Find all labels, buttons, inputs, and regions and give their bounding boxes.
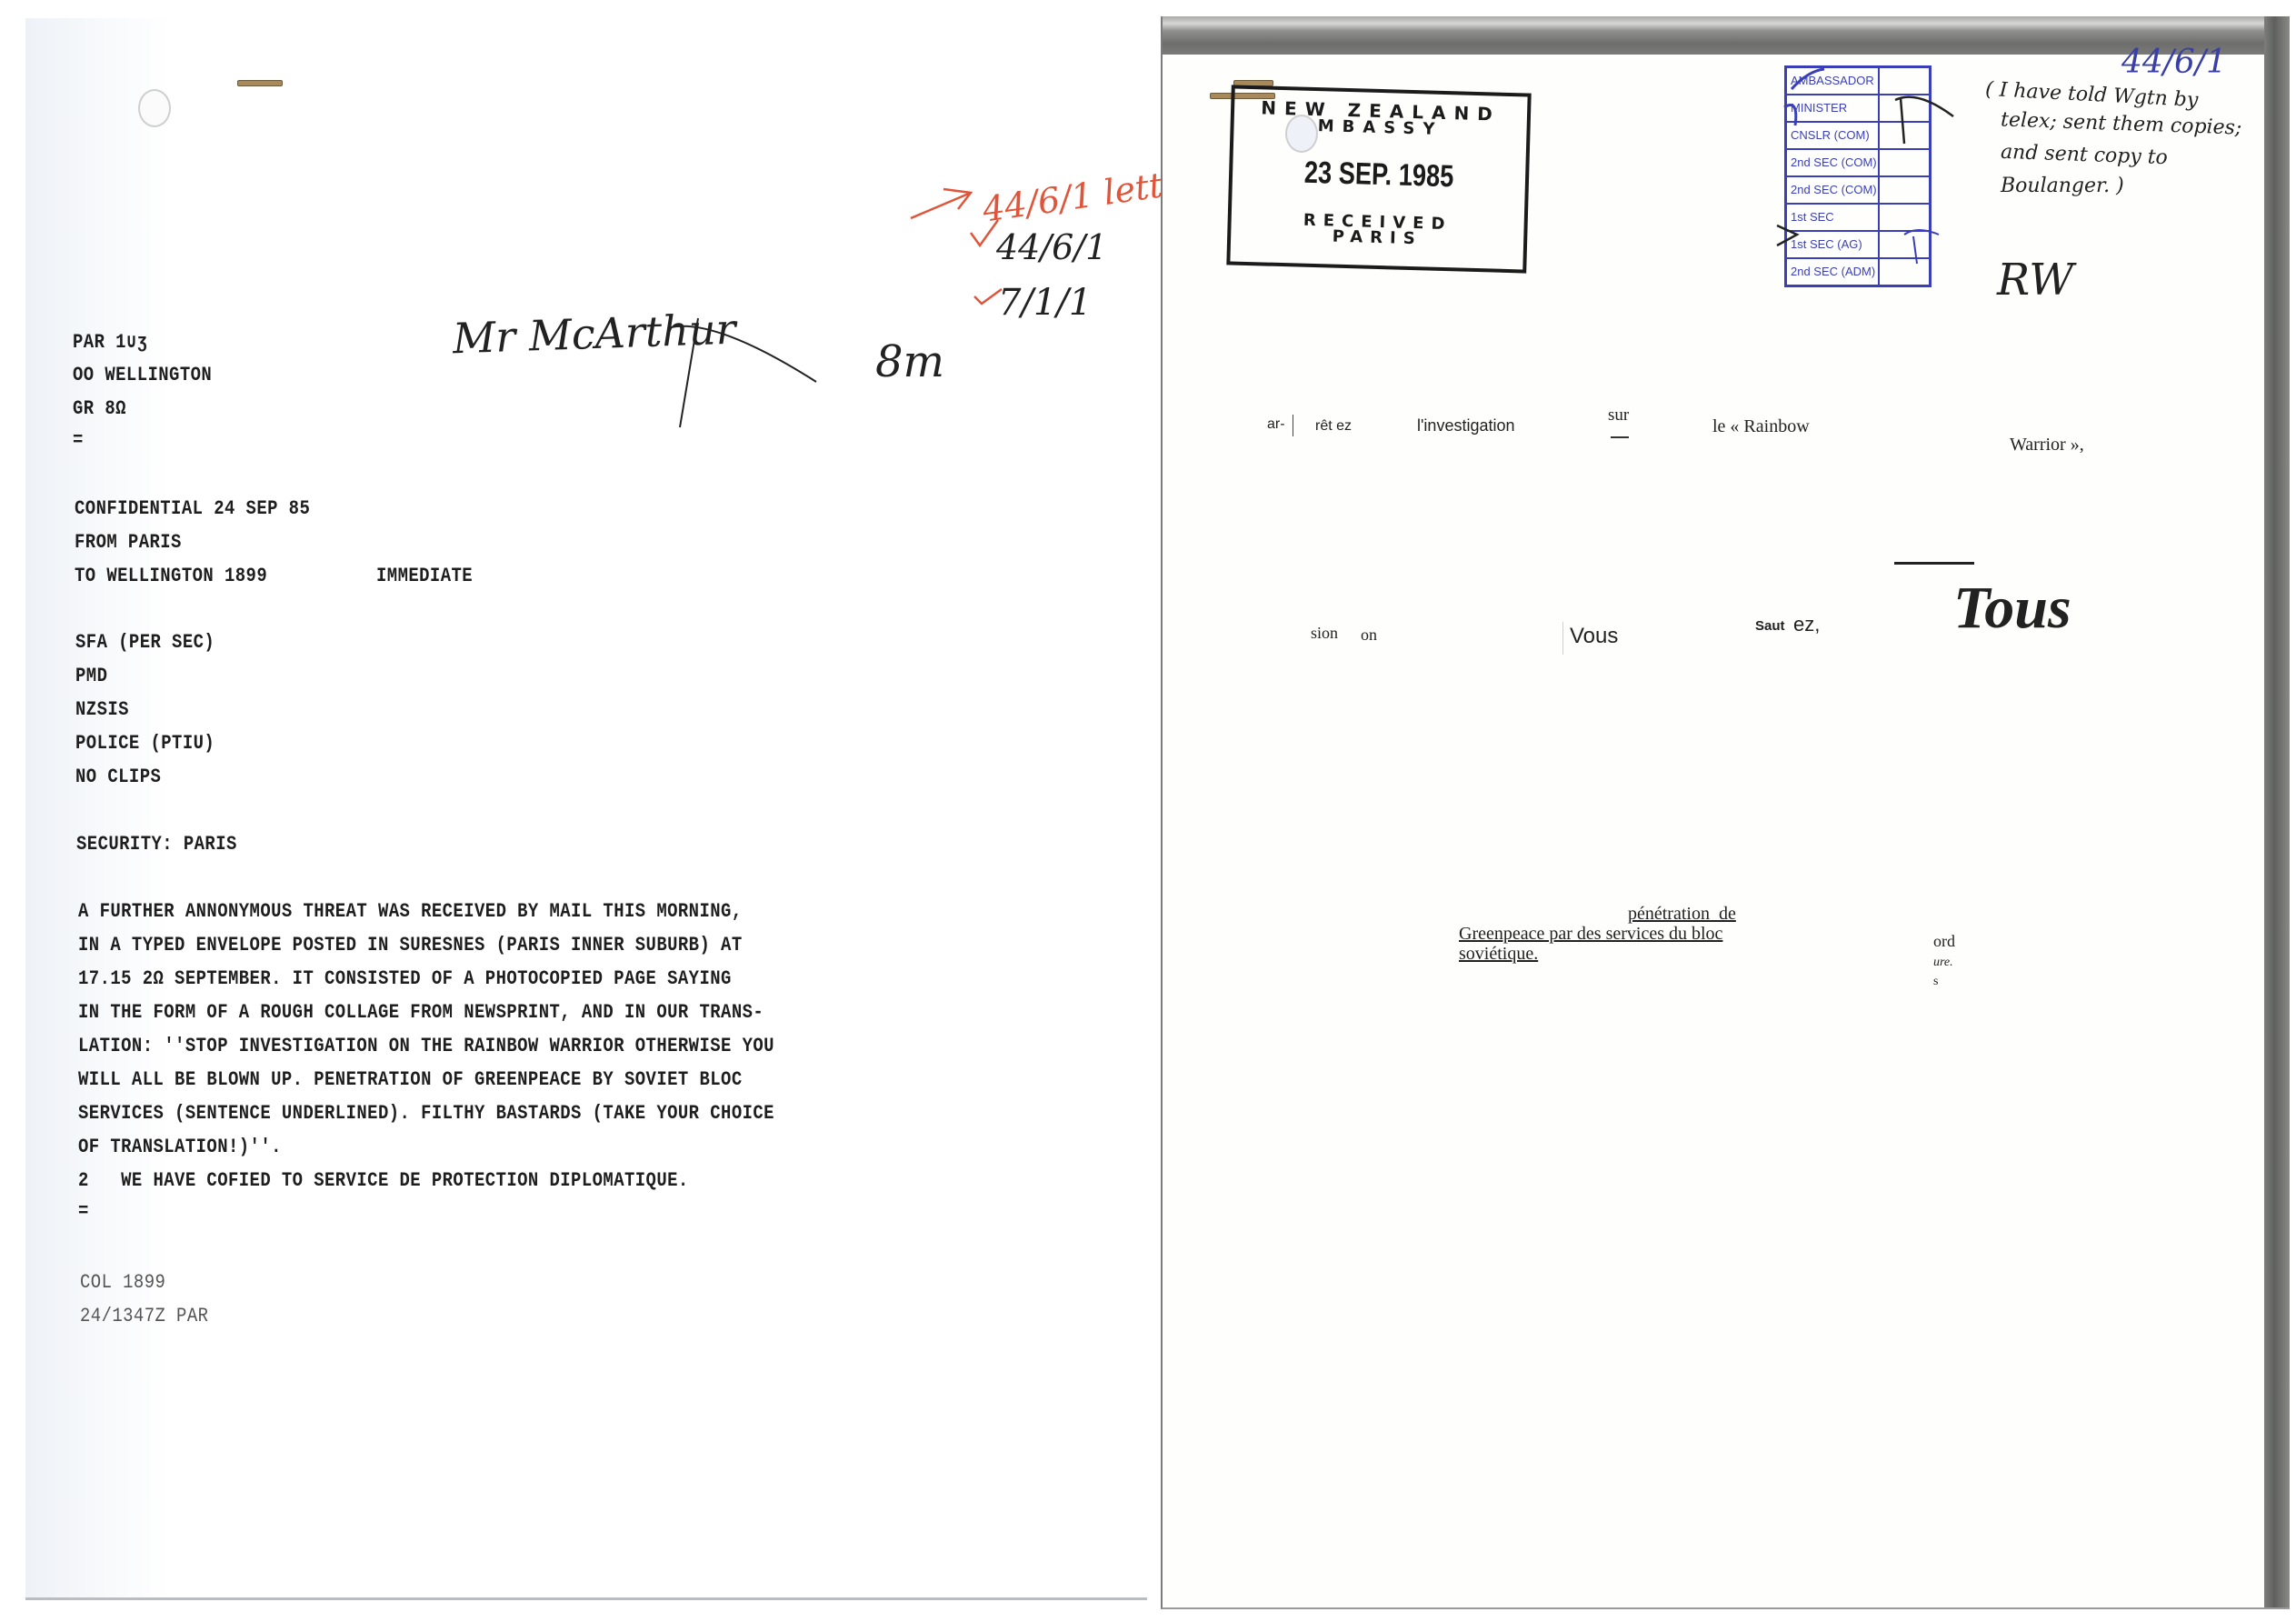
- collage-fragment: ar-: [1267, 416, 1285, 433]
- collage-page: NEW ZEALAND MBASSY 23 SEP. 1985 RECEIVED…: [1161, 16, 2290, 1609]
- distribution-item: SFA (PER SEC): [75, 631, 215, 654]
- punch-hole: [138, 89, 171, 127]
- collage-fragment-ord: ord: [1933, 932, 1955, 950]
- body-line: 17.15 2Ω SEPTEMBER. IT CONSISTED OF A PH…: [78, 967, 732, 990]
- collage-fragment: Warrior »,: [2010, 435, 2084, 456]
- file-ref-handwritten: 44/6/1: [2121, 44, 2227, 81]
- collage-fragment: rêt ez: [1315, 418, 1352, 435]
- file-ref-2: 7/1/1: [998, 282, 1092, 324]
- body-line: LATION: ''STOP INVESTIGATION ON THE RAIN…: [78, 1035, 774, 1057]
- collage-fragment: Saut: [1755, 618, 1785, 634]
- clip-edge: [1562, 622, 1563, 655]
- end-separator: =: [78, 1200, 89, 1223]
- paragraph-2: 2 WE HAVE COFIED TO SERVICE DE PROTECTIO…: [78, 1169, 689, 1192]
- collage-fragment: ez,: [1793, 613, 1820, 636]
- collage-fragment: sion: [1311, 624, 1338, 643]
- note-line: Boulanger. ): [2001, 175, 2124, 197]
- header-separator: =: [73, 429, 84, 452]
- classification-date: CONFIDENTIAL 24 SEP 85: [75, 497, 310, 520]
- group-count: GR 8Ω: [73, 397, 126, 420]
- stamp-date: 23 SEP. 1985: [1262, 154, 1497, 195]
- collage-fragment: on: [1361, 626, 1377, 645]
- collage-fragment: ord ure. s: [1917, 913, 1955, 1008]
- distribution-item: NO CLIPS: [75, 766, 161, 788]
- collage-fragment-s: s: [1933, 975, 1938, 988]
- collage-rule: [1894, 562, 1974, 565]
- collage-fragment-ure: ure.: [1933, 956, 1953, 969]
- note-line: ( I have told Wgtn by: [1985, 78, 2199, 112]
- collage-fragment: le « Rainbow: [1712, 416, 1810, 437]
- body-line: A FURTHER ANNONYMOUS THREAT WAS RECEIVED…: [78, 900, 743, 923]
- precedence: IMMEDIATE: [376, 565, 473, 587]
- collage-headline-tous: Tous: [1953, 574, 2071, 643]
- from-line: FROM PARIS: [75, 531, 182, 554]
- body-line: OF TRANSLATION!)''.: [78, 1136, 282, 1158]
- collage-fragment: Vous: [1570, 624, 1618, 649]
- scan-edge-right: [2264, 16, 2290, 1607]
- collage-mark: [1611, 436, 1629, 438]
- collage-sentence: pénétration de: [1628, 904, 1736, 925]
- routing-check-marks: [1744, 53, 1981, 271]
- body-line: SERVICES (SENTENCE UNDERLINED). FILTHY B…: [78, 1102, 774, 1125]
- message-ref: PAR 1∪ʒ: [73, 330, 148, 354]
- note-line: and sent copy to: [2001, 141, 2169, 169]
- col-reference: COL 1899: [80, 1271, 165, 1294]
- subject-line: SECURITY: PARIS: [76, 833, 237, 856]
- collage-fragment: l'investigation: [1417, 416, 1515, 436]
- note-initials: RW: [1997, 255, 2073, 305]
- signature-flourish: [662, 309, 844, 436]
- transmission-timestamp: 24/1347Z PAR: [80, 1305, 208, 1327]
- collage-sentence: soviétique.: [1459, 944, 1538, 965]
- body-line: WILL ALL BE BLOWN UP. PENETRATION OF GRE…: [78, 1068, 743, 1091]
- distribution-item: NZSIS: [75, 698, 129, 721]
- staple-mark: [237, 80, 283, 86]
- punch-hole: [1285, 115, 1318, 153]
- collage-sentence: Greenpeace par des services du bloc: [1459, 924, 1722, 945]
- distribution-item: PMD: [75, 665, 107, 687]
- telegram-page: 44/6/1 letters. 44/6/1 7/1/1 Mr McArthur…: [25, 18, 1147, 1600]
- file-ref-1: 44/6/1: [996, 227, 1107, 267]
- priority-destination: OO WELLINGTON: [73, 364, 212, 386]
- collage-fragment: sur: [1608, 405, 1629, 426]
- distribution-item: POLICE (PTIU): [75, 732, 215, 755]
- note-line: telex; sent them copies;: [2001, 108, 2242, 139]
- embassy-received-stamp: NEW ZEALAND MBASSY 23 SEP. 1985 RECEIVED…: [1226, 85, 1531, 273]
- clip-edge: [1293, 415, 1293, 436]
- handwritten-initials: 8m: [875, 336, 944, 387]
- body-line: IN THE FORM OF A ROUGH COLLAGE FROM NEWS…: [78, 1001, 764, 1024]
- scan-edge-top: [1163, 16, 2290, 55]
- to-line: TO WELLINGTON 1899: [75, 565, 267, 587]
- body-line: IN A TYPED ENVELOPE POSTED IN SURESNES (…: [78, 934, 743, 956]
